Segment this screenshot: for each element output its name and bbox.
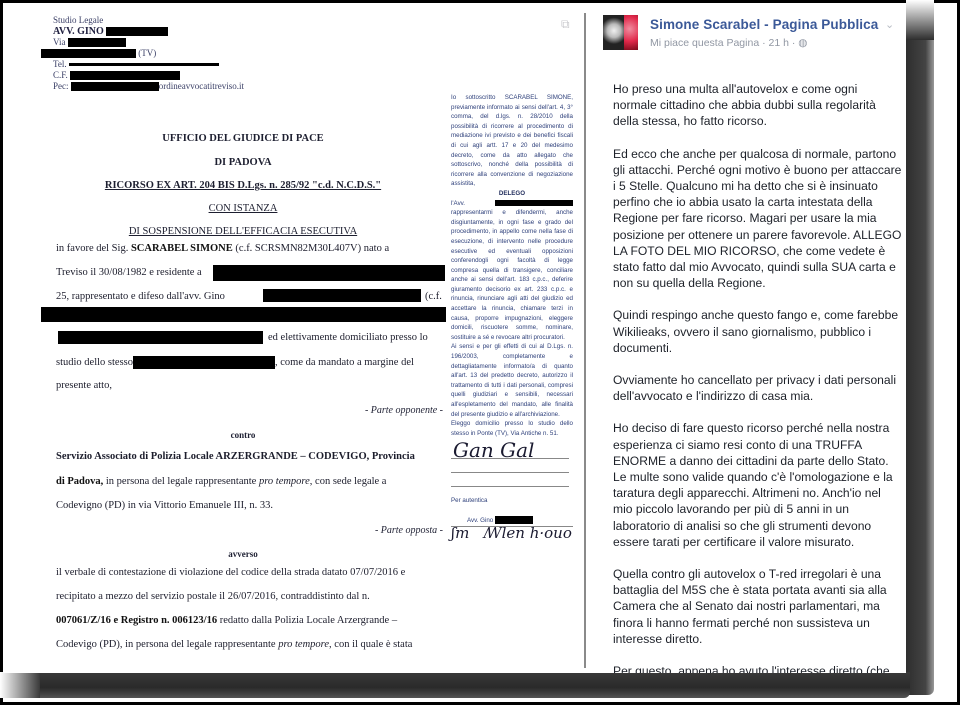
redaction [213, 265, 445, 281]
doc-line: Servizio Associato di Polizia Locale ARZ… [56, 451, 448, 462]
post-paragraph: Ho preso una multa all'autovelox e come … [613, 81, 903, 130]
drop-shadow-bottom [30, 672, 910, 698]
redaction [106, 27, 168, 36]
doc-line: in favore del Sig. SCARABEL SIMONE (c.f.… [56, 243, 448, 254]
letterhead-street: Via [53, 37, 244, 48]
against-label: avverso [43, 549, 443, 559]
post-paragraph: Quindi respingo anche questo fango e, co… [613, 307, 903, 356]
heading-office: UFFICIO DEL GIUDICE DI PACE [43, 133, 443, 144]
party-label: - Parte opposta - [375, 525, 443, 536]
heading-appeal: RICORSO EX ART. 204 BIS D.Lgs. n. 285/92… [43, 180, 443, 191]
post-paragraph: Ovviamente ho cancellato per privacy i d… [613, 372, 903, 404]
redaction [41, 307, 446, 322]
doc-line: Codevigno (PD) in via Vittorio Emanuele … [56, 500, 448, 511]
redaction [68, 38, 126, 47]
post-paragraph: Quella contro gli autovelox o T-red irre… [613, 566, 903, 647]
letterhead: Studio Legale AVV. GINO Via (TV) Tel. C.… [53, 15, 244, 92]
letterhead-studio: Studio Legale [53, 15, 244, 26]
globe-icon: ◍ [798, 37, 807, 49]
letterhead-lawyer: AVV. GINO [53, 26, 244, 37]
letterhead-pec: Pec: ordineavvocatitreviso.it [53, 81, 244, 92]
redaction [263, 289, 421, 302]
heading-city: DI PADOVA [43, 157, 443, 168]
avatar[interactable] [603, 15, 638, 50]
post-text: Ho preso una multa all'autovelox e come … [613, 81, 903, 673]
chevron-down-icon[interactable]: ⌄ [885, 18, 894, 31]
doc-line: (c.f. [425, 291, 442, 302]
doc-line: studio dello stesso, come da mandato a m… [56, 356, 448, 369]
redaction [70, 71, 180, 80]
facebook-post: Simone Scarabel - Pagina Pubblica Mi pia… [593, 3, 905, 673]
like-page-link[interactable]: Mi piace questa Pagina · 21 h · [650, 37, 798, 49]
party-label: - Parte opponente - [365, 405, 443, 416]
divider [584, 13, 586, 668]
letterhead-city: (TV) [41, 48, 244, 59]
doc-line: 007061/Z/16 e Registro n. 006123/16 reda… [56, 615, 448, 626]
doc-line: ed elettivamente domiciliato presso lo [268, 332, 428, 343]
heading-instance: CON ISTANZA [43, 203, 443, 214]
heading-suspension: DI SOSPENSIONE DELL'EFFICACIA ESECUTIVA [43, 226, 443, 237]
redaction [58, 331, 263, 344]
signature: Gan Gal [453, 446, 534, 456]
legal-document-photo: Studio Legale AVV. GINO Via (TV) Tel. C.… [3, 3, 583, 673]
against-label: contro [43, 430, 443, 440]
signature-area: Gan Gal [451, 438, 573, 496]
doc-line: recipitato a mezzo del servizio postale … [56, 591, 448, 602]
lawyer-signature: ʃm ꟿlen h·ouo [451, 526, 573, 539]
redaction [69, 63, 219, 66]
post-paragraph: Per questo, appena ho avuto l'interesse … [613, 663, 903, 673]
doc-line: Codevigo (PD), in persona del legale rap… [56, 639, 448, 650]
letterhead-cf: C.F. [53, 70, 244, 81]
letterhead-tel: Tel. [53, 59, 244, 70]
doc-line: presente atto, [56, 380, 448, 391]
link-icon: ⧉ [561, 17, 570, 32]
redaction [41, 49, 136, 58]
screenshot-composite: Studio Legale AVV. GINO Via (TV) Tel. C.… [3, 3, 906, 673]
doc-line: di Padova, in persona del legale rappres… [56, 476, 448, 487]
post-meta: Mi piace questa Pagina · 21 h · ◍ [650, 37, 807, 49]
redaction [71, 82, 159, 91]
post-paragraph: Ed ecco che anche per qualcosa di normal… [613, 146, 903, 292]
power-of-attorney-margin: Io sottoscritto SCARABEL SIMONE, previam… [451, 93, 573, 538]
post-paragraph: Ho deciso di fare questo ricorso perché … [613, 420, 903, 550]
post-author-link[interactable]: Simone Scarabel - Pagina Pubblica [650, 17, 878, 32]
drop-shadow-right [906, 30, 934, 695]
doc-line: il verbale di contestazione di violazion… [56, 567, 448, 578]
